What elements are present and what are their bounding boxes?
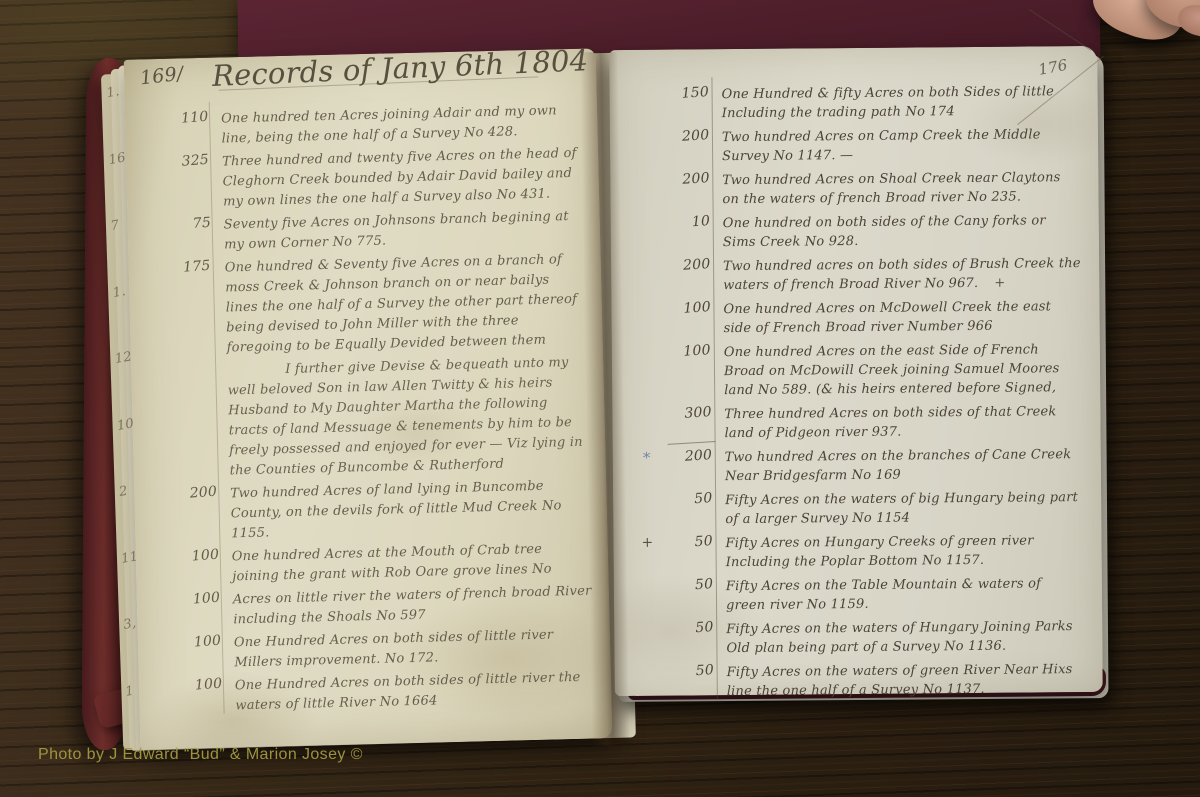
entry-acreage-amount: 50 [666,533,716,574]
margin-mark: + [994,276,1005,291]
ledger-entry: 50Fifty Acres on the Table Mountain & wa… [638,574,1084,616]
entry-text: One Hundred Acres on both sides of littl… [235,668,596,717]
entry-acreage-amount: 100 [175,632,226,676]
edge-digit: 12 [114,348,140,367]
entry-text: Two hundred Acres on the branches of Can… [725,445,1083,486]
entry-text: Two hundred Acres of land lying in Bunco… [230,476,591,545]
ledger-entry: 110One hundred ten Acres joining Adair a… [133,101,582,152]
entry-text: Acres on little river the waters of fren… [233,582,594,631]
margin-mark [147,678,168,718]
edge-digit: 2 [118,481,144,500]
entry-acreage-amount: 200 [663,127,713,168]
margin-mark [636,344,656,401]
entry-acreage-amount: 175 [164,258,220,361]
entry-acreage-amount: 200 [664,256,714,297]
margin-mark [137,260,159,360]
ledger-entry: 100One Hundred Acres on both sides of li… [146,625,595,676]
entry-text: One hundred Acres at the Mouth of Crab t… [232,539,593,588]
margin-mark [636,406,656,444]
entry-text: Three hundred Acres on both sides of tha… [724,402,1082,443]
edge-digit: 1. [112,282,138,301]
entry-acreage-amount: 200 [171,483,223,547]
edge-digit: 16 [108,149,134,168]
ledger-entry: 175One hundred & Seventy five Acres on a… [137,250,587,361]
entry-text: Fifty Acres on the waters of big Hungary… [725,488,1083,529]
ledger-entry: 75Seventy five Acres on Johnsons branch … [135,207,584,258]
entry-text: Two hundred Acres on Camp Creek the Midd… [722,125,1080,166]
margin-mark [634,172,654,210]
photographer-watermark: Photo by J Edward “Bud” & Marion Josey © [38,746,363,764]
margin-mark [635,301,655,339]
entry-text: Three hundred and twenty five Acres on t… [222,144,583,213]
entry-acreage-amount: 100 [174,589,225,633]
entry-acreage-amount: 50 [666,490,716,531]
edge-digit: 7 [110,215,136,234]
entry-acreage-amount: 50 [667,576,717,617]
ledger-entry: 100One hundred Acres on the east Side of… [636,340,1082,401]
entry-acreage-amount: 150 [663,84,713,125]
ledger-entry: 100Acres on little river the waters of f… [145,582,594,633]
ledger-entry: 100One hundred Acres at the Mouth of Cra… [144,539,593,590]
entry-text: Two hundred acres on both sides of Brush… [723,254,1081,295]
entry-text: One hundred & Seventy five Acres on a br… [225,250,587,359]
edge-digit: 11 [120,548,146,567]
edge-digit: 3, [122,614,148,633]
ledger-entry: 50Fifty Acres on the waters of green Riv… [639,660,1085,702]
margin-mark [635,215,655,253]
ledger-entry: 100One Hundred Acres on both sides of li… [147,668,596,719]
entry-acreage-amount: 100 [173,546,224,590]
entry-acreage-amount: 50 [668,662,718,703]
right-page: 176 150One Hundred & fifty Acres on both… [609,46,1103,696]
margin-mark [637,492,657,530]
entry-acreage-amount: 200 [663,170,713,211]
margin-mark [638,621,658,659]
left-page: 169/ Records of Jany 6th 1804 110One hun… [124,48,613,749]
margin-mark: + [637,535,657,573]
entry-acreage-amount: 100 [176,675,227,719]
margin-mark [139,363,162,483]
entry-text: Fifty Acres on the waters of green River… [727,660,1085,701]
ledger-entry: 50Fifty Acres on the waters of big Hunga… [637,488,1083,530]
ledger-entry: 325Three hundred and twenty five Acres o… [134,144,583,215]
margin-mark: * [637,449,657,487]
margin-mark [134,154,155,214]
ledger-entry: 200Two hundred Acres of land lying in Bu… [142,476,591,547]
margin-mark [634,129,654,167]
margin-mark [634,86,654,124]
entry-acreage-amount: 75 [165,215,216,259]
edge-digit: 1 [124,681,150,700]
entry-text: One hundred ten Acres joining Adair and … [221,101,582,150]
ledger-entry: 300Three hundred Acres on both sides of … [636,402,1082,444]
ledger-entry: *200Two hundred Acres on the branches of… [637,445,1083,487]
entry-text: One hundred Acres on McDowell Creek the … [723,297,1081,338]
ledger-entry: +50Fifty Acres on Hungary Creeks of gree… [637,531,1083,573]
entry-text: Fifty Acres on the waters of Hungary Joi… [726,617,1084,658]
left-page-number: 169/ [139,63,185,90]
entry-text: Seventy five Acres on Johnsons branch be… [223,207,584,256]
ledger-entry: 200Two hundred Acres on Camp Creek the M… [634,125,1080,167]
ledger-entry: 200Two hundred acres on both sides of Br… [635,254,1081,296]
ledger-entry: 10One hundred on both sides of the Cany … [635,211,1081,253]
right-entries-list: 150One Hundred & fifty Acres on both Sid… [634,82,1085,707]
entry-text: Fifty Acres on Hungary Creeks of green r… [725,531,1083,572]
margin-mark [144,549,165,589]
entry-acreage-amount: 100 [664,299,714,340]
ledger-entry: 50Fifty Acres on the waters of Hungary J… [638,617,1084,659]
entry-text: I further give Devise & bequeath unto my… [227,353,590,482]
entry-acreage-amount: 100 [664,342,715,402]
ledger-entry: 100One hundred Acres on McDowell Creek t… [635,297,1081,339]
margin-mark [146,635,167,675]
left-entries-list: 110One hundred ten Acres joining Adair a… [133,101,596,722]
entry-text: One hundred on both sides of the Cany fo… [723,211,1081,252]
margin-mark [638,578,658,616]
entry-acreage-amount [166,361,223,484]
entry-text: Fifty Acres on the Table Mountain & wate… [726,574,1084,615]
entry-text: Two hundred Acres on Shoal Creek near Cl… [722,168,1080,209]
ledger-entry: 150One Hundred & fifty Acres on both Sid… [634,82,1080,124]
ledger-entry: I further give Devise & bequeath unto my… [139,353,590,484]
edge-digit: 1. [105,82,131,101]
photo-scene: 1.1671.12102113,1 169/ Records of Jany 6… [0,0,1200,797]
entry-acreage-amount: 200 [666,447,716,488]
margin-mark [142,486,163,546]
margin-mark [133,111,154,151]
entry-acreage-amount: 300 [665,404,715,445]
entry-acreage-amount: 10 [664,213,714,254]
right-page-number: 176 [1037,56,1069,79]
margin-mark [635,258,655,296]
margin-mark [639,664,659,702]
margin-mark [135,217,156,257]
edge-digit: 10 [116,415,142,434]
entry-acreage-amount: 110 [162,109,213,153]
entry-acreage-amount: 325 [162,152,214,216]
ledger-entry: 200Two hundred Acres on Shoal Creek near… [634,168,1080,210]
entry-text: One hundred Acres on the east Side of Fr… [724,340,1082,400]
entry-text: One Hundred Acres on both sides of littl… [234,625,595,674]
entry-acreage-amount: 50 [667,619,717,660]
left-page-header: 169/ Records of Jany 6th 1804 [124,48,597,110]
